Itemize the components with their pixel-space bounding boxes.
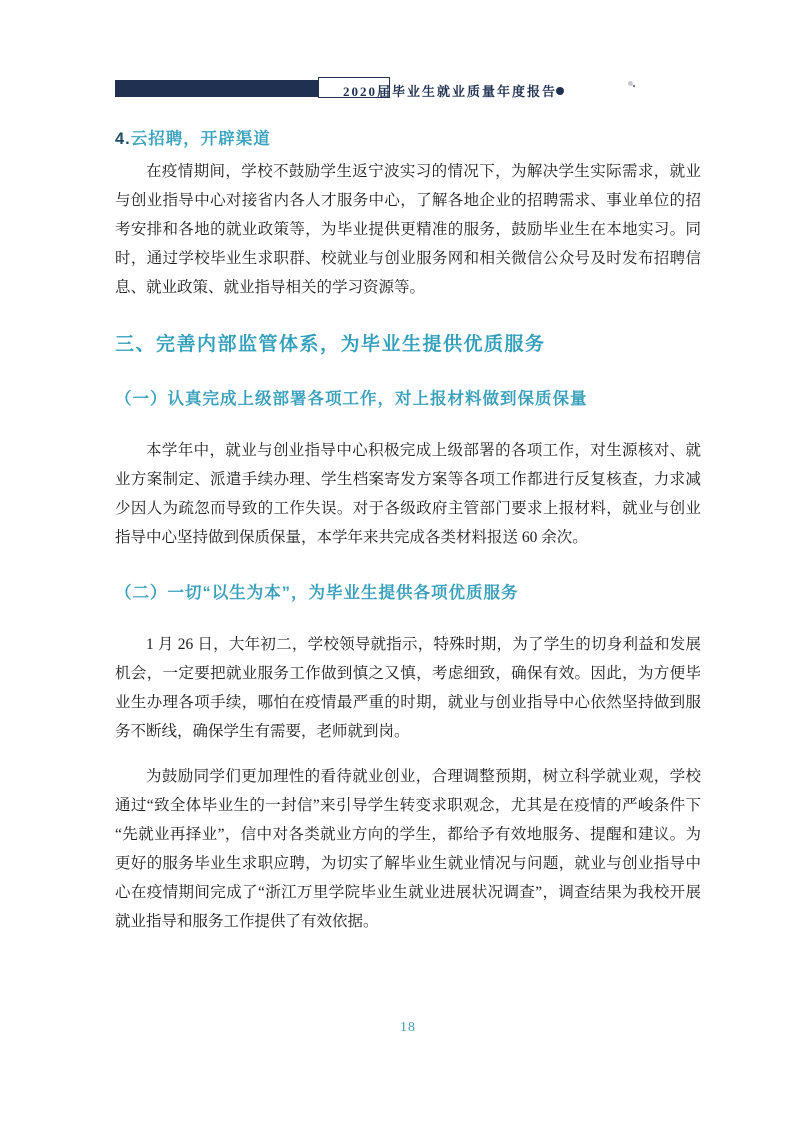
header-report-title: 2020届毕业生就业质量年度报告: [343, 81, 557, 100]
document-body: 4.云招聘，开辟渠道 在疫情期间，学校不鼓励学生返宁波实习的情况下，为解决学生实…: [115, 128, 701, 936]
heading-sub-two: （二）一切“以生为本”，为毕业生提供各项优质服务: [115, 582, 701, 604]
paragraph-superior-tasks: 本学年中，就业与创业指导中心积极完成上级部署的各项工作，对生源核对、就业方案制定…: [115, 436, 701, 552]
heading-sub-one: （一）认真完成上级部署各项工作，对上报材料做到保质保量: [115, 388, 701, 410]
heading-sub4-label: 云招聘，开辟渠道: [131, 130, 271, 148]
header-bullet-dot-icon: [556, 87, 564, 95]
paragraph-cloud-recruiting: 在疫情期间，学校不鼓励学生返宁波实习的情况下，为解决学生实际需求，就业与创业指导…: [115, 157, 701, 302]
page-header: 2020届毕业生就业质量年度报告: [0, 0, 800, 110]
heading-section-three: 三、完善内部监管体系，为毕业生提供优质服务: [115, 332, 701, 358]
page-number: 18: [400, 1020, 416, 1035]
heading-sub4-number: 4.: [115, 130, 131, 148]
paragraph-student-first: 1 月 26 日，大年初二，学校领导就指示，特殊时期，为了学生的切身利益和发展机…: [115, 630, 701, 746]
report-page: { "colors": { "navy": "#1f3050", "teal_h…: [0, 0, 800, 1131]
header-logo-mark-icon: [628, 81, 633, 86]
page-footer: 18: [115, 1018, 701, 1036]
paragraph-guidance-letter: 为鼓励同学们更加理性的看待就业创业，合理调整预期，树立科学就业观，学校通过“致全…: [115, 762, 701, 936]
header-navy-bar: [115, 80, 318, 97]
heading-sub4: 4.云招聘，开辟渠道: [115, 128, 701, 150]
